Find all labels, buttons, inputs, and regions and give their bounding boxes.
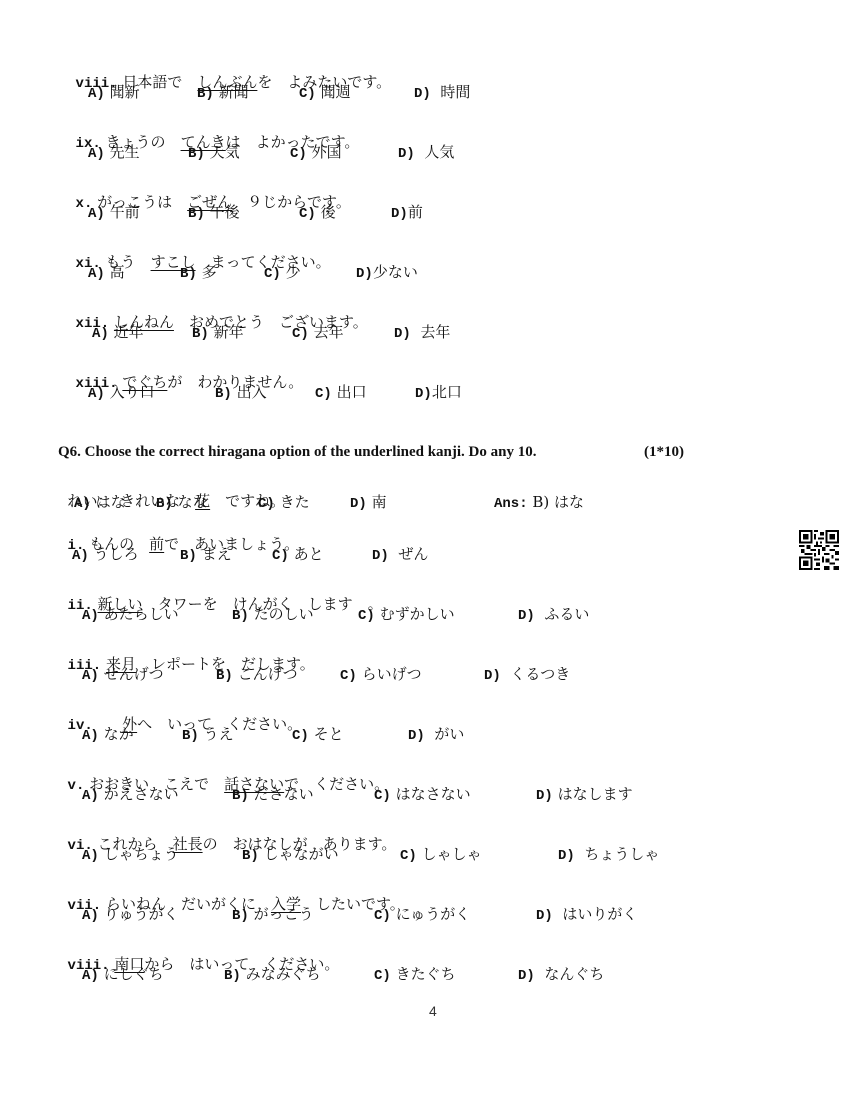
option-b: B) 出入 <box>215 382 267 404</box>
option-a: A) 高 <box>88 262 125 284</box>
option-d: D) 南 <box>350 492 387 514</box>
option-b: B) 午後 <box>188 202 240 224</box>
option-b: B) なな <box>156 492 208 514</box>
option-c: C) 外国 <box>290 142 342 164</box>
option-a: A) しゃちょう <box>82 844 179 866</box>
option-b: B) みなみぐち <box>224 964 321 986</box>
option-a: A) うしろ <box>72 544 139 566</box>
option-b: B) がっこう <box>232 904 314 926</box>
option-c: C) らいげつ <box>340 664 422 686</box>
option-a: A) 近年 <box>92 322 144 344</box>
option-d: D) ふるい <box>518 604 589 626</box>
option-d: D) なんぐち <box>518 964 604 986</box>
option-d: D) くるつき <box>484 664 570 686</box>
option-b: B) 新聞 <box>197 82 249 104</box>
option-d: D)前 <box>391 202 423 224</box>
option-a: A) にしぐち <box>82 964 164 986</box>
option-c: C) はなさない <box>374 784 471 806</box>
option-c: C) 少 <box>264 262 301 284</box>
option-d: D) はいりがく <box>536 904 637 926</box>
option-c: C) にゅうがく <box>374 904 470 926</box>
option-d: D) がい <box>408 724 464 746</box>
option-c: C) 後 <box>299 202 336 224</box>
q6-marks: (1*10) <box>644 442 684 462</box>
option-a: A) りゅうがく <box>82 904 179 926</box>
option-d: D)北口 <box>415 382 462 404</box>
option-c: C) むずかしい <box>358 604 455 626</box>
q6-heading: Q6. Choose the correct hiragana option o… <box>58 442 536 462</box>
option-a: A) 先生 <box>88 142 140 164</box>
option-b: B) 新年 <box>192 322 244 344</box>
option-b: B) こんげつ <box>216 664 298 686</box>
option-c: C) しゃしゃ <box>400 844 482 866</box>
option-b: B) まえ <box>180 544 232 566</box>
option-a: A) あたらしい <box>82 604 179 626</box>
underlined-word: 前 <box>149 535 164 553</box>
option-c: C) きたぐち <box>374 964 456 986</box>
option-d: D) ちょうしゃ <box>558 844 659 866</box>
option-a: A) 午前 <box>88 202 140 224</box>
option-a: A) なか <box>82 724 134 746</box>
option-d: D) ぜん <box>372 544 428 566</box>
option-c: C) 出口 <box>315 382 367 404</box>
option-d: D) 時間 <box>414 82 470 104</box>
option-c: C) 去年 <box>292 322 344 344</box>
option-c: C) そと <box>292 724 344 746</box>
option-a: A) 入り口 <box>88 382 155 404</box>
option-a: A) かえさない <box>82 784 179 806</box>
option-b: B) 多 <box>180 262 217 284</box>
option-a: A) 聞新 <box>88 82 140 104</box>
option-c: C) きた <box>258 492 310 514</box>
qr-code-icon[interactable] <box>799 530 839 570</box>
option-d: D)少ない <box>356 262 418 284</box>
option-c: C) あと <box>272 544 324 566</box>
option-b: B) うえ <box>182 724 234 746</box>
option-d: D) 人気 <box>398 142 454 164</box>
option-a: A) せんげつ <box>82 664 164 686</box>
option-b: B) たのしい <box>232 604 314 626</box>
example-answer: Ans: B) はな <box>494 492 584 514</box>
option-d: D) はなします <box>536 784 633 806</box>
option-b: B) 天気 <box>188 142 240 164</box>
page-number: 4 <box>429 1003 437 1019</box>
option-c: C) 聞週 <box>299 82 351 104</box>
option-a: A) はな <box>74 492 126 514</box>
option-d: D) 去年 <box>394 322 450 344</box>
option-b: B) しゃながい <box>242 844 339 866</box>
option-b: B) ださない <box>232 784 314 806</box>
